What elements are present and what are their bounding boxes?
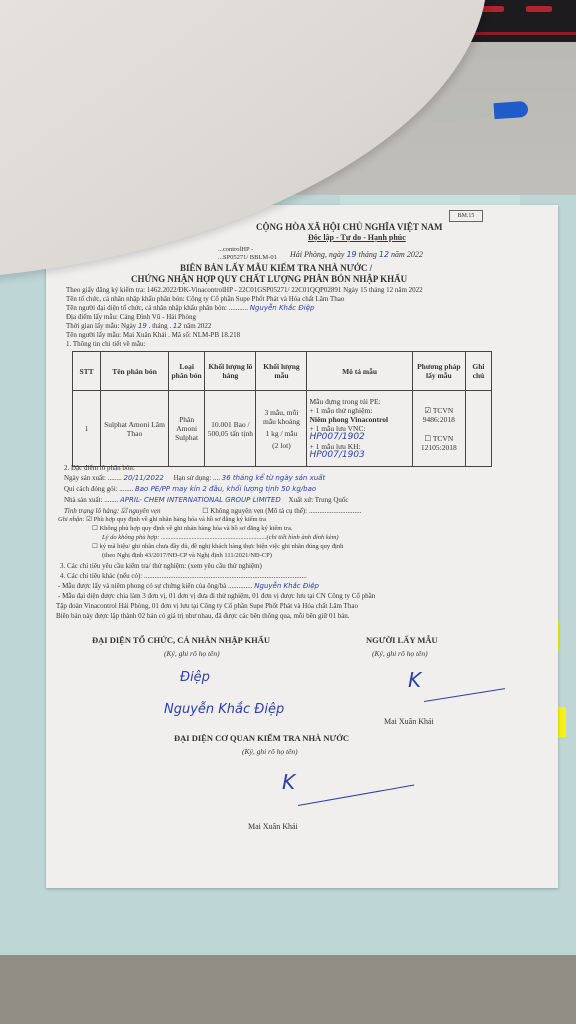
section-1-heading: 1. Thông tin chi tiết về mẫu: bbox=[66, 339, 145, 349]
motto: Độc lập - Tự do - Hạnh phúc bbox=[308, 233, 406, 243]
section-3: 3. Các chỉ tiêu yêu cầu kiểm tra/ thử ng… bbox=[60, 561, 262, 571]
importer-signature-1: Điệp bbox=[180, 673, 210, 683]
desk-surface bbox=[0, 955, 576, 1024]
packing-line: Qui cách đóng gói: ........ Bao PE/PP ma… bbox=[64, 484, 316, 494]
sampler-sign-hint: (Ký, ghi rõ họ tên) bbox=[372, 649, 428, 659]
form-code: BM.15 bbox=[449, 210, 483, 222]
title-line-1: BIÊN BẢN LẤY MẪU KIỂM TRA NHÀ NƯỚC / bbox=[180, 263, 372, 273]
sampler-name: Mai Xuân Khải bbox=[384, 717, 434, 727]
sampler-signature: K bbox=[408, 675, 421, 685]
nation-header: CỘNG HÒA XÃ HỘI CHỦ NGHĨA VIỆT NAM bbox=[256, 222, 442, 232]
importer-sign-title: ĐẠI DIỆN TỔ CHỨC, CÁ NHÂN NHẬP KHẨU bbox=[92, 635, 270, 645]
maker-line: Nhà sản xuất: ........ APRIL- CHEM INTER… bbox=[64, 495, 349, 505]
importer-signature-2: Nguyễn Khắc Điệp bbox=[164, 705, 284, 715]
signature-stroke bbox=[298, 785, 414, 806]
sample-table: STT Tên phân bón Loại phân bón Khối lượn… bbox=[72, 351, 492, 467]
left-header-2: ...SP05271/ BBLM-01 bbox=[218, 253, 277, 263]
authority-name: Mai Xuân Khải bbox=[248, 822, 298, 832]
witness-line: - Mẫu được lấy và niêm phong có sự chứng… bbox=[58, 581, 319, 591]
table-row: 1 Sulphat Amoni Lâm Thao Phân Amoni Sulp… bbox=[73, 391, 492, 467]
table-header-row: STT Tên phân bón Loại phân bón Khối lượn… bbox=[73, 352, 492, 391]
pen bbox=[430, 100, 540, 122]
authority-signature: K bbox=[282, 777, 295, 787]
split-line-1: - Mẫu đại diện được chia làm 3 đơn vị, 0… bbox=[58, 591, 375, 601]
authority-sign-title: ĐẠI DIỆN CƠ QUAN KIỂM TRA NHÀ NƯỚC bbox=[174, 733, 349, 743]
importer-sign-hint: (Ký, ghi rõ họ tên) bbox=[164, 649, 220, 659]
note-line-3b: (theo Nghị định 43/2017/NĐ-CP và Nghị đị… bbox=[102, 551, 272, 561]
title-line-2: CHỨNG NHẬN HỢP QUY CHẤT LƯỢNG PHÂN BÓN N… bbox=[131, 274, 407, 284]
folder-tab bbox=[340, 195, 520, 205]
document-page: BM.15 CỘNG HÒA XÃ HỘI CHỦ NGHĨA VIỆT NAM… bbox=[46, 205, 558, 888]
section-4: 4. Các chỉ tiêu khác (nếu có): .........… bbox=[60, 571, 307, 581]
authority-sign-hint: (Ký, ghi rõ họ tên) bbox=[242, 747, 298, 757]
signature-stroke bbox=[424, 688, 505, 702]
sampler-sign-title: NGƯỜI LẤY MẪU bbox=[366, 635, 438, 645]
split-line-3: Biên bản này được lập thành 02 bản có gi… bbox=[56, 611, 350, 621]
split-line-2: Tập đoàn Vinacontrol Hải Phòng, 01 đơn v… bbox=[56, 601, 358, 611]
place-date: Hải Phòng, ngày 19 tháng 12 năm 2022 bbox=[290, 250, 423, 260]
section-2-heading: 2. Đặc điểm lô phân bón: bbox=[64, 463, 135, 473]
mfg-date-line: Ngày sản xuất: ........ 20/11/2022 Hạn s… bbox=[64, 473, 325, 483]
